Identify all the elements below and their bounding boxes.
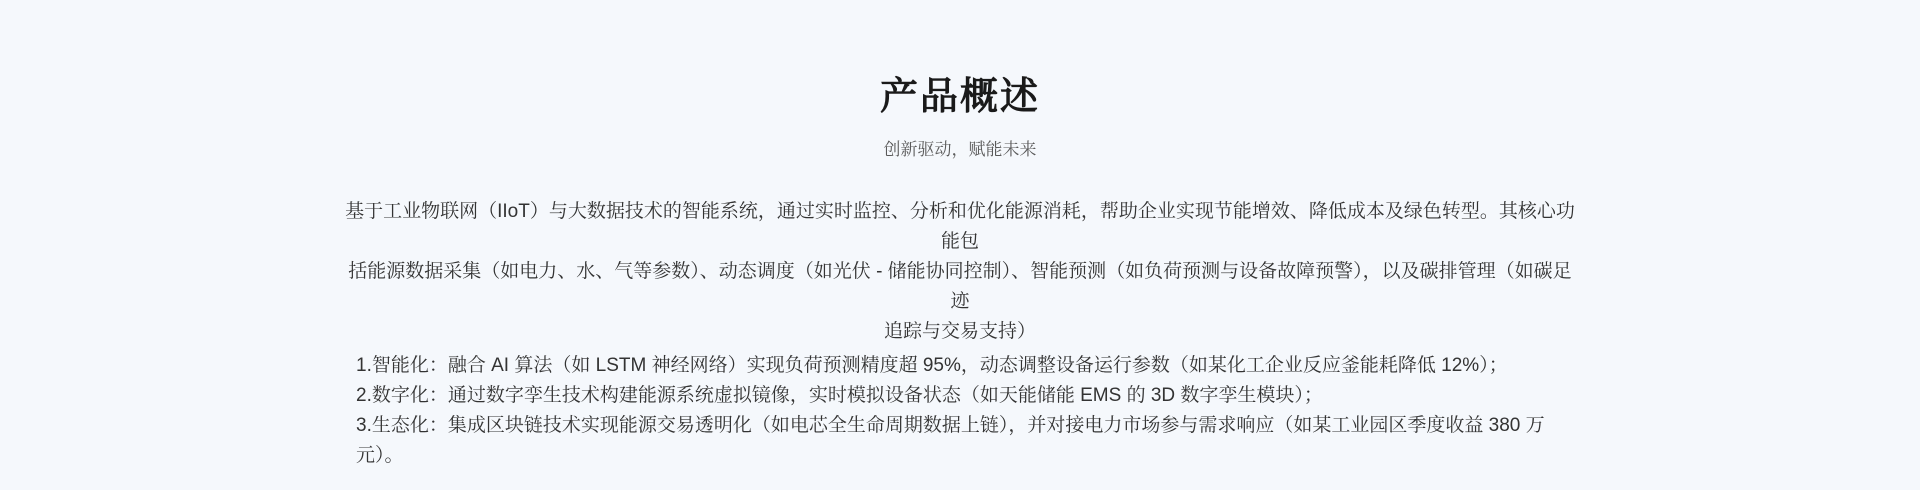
intro-paragraph-line: 基于工业物联网（IIoT）与大数据技术的智能系统，通过实时监控、分析和优化能源消… <box>340 197 1580 257</box>
feature-list: 1.智能化：融合 AI 算法（如 LSTM 神经网络）实现负荷预测精度超 95%… <box>340 351 1580 471</box>
intro-paragraph-line: 括能源数据采集（如电力、水、气等参数）、动态调度（如光伏 - 储能协同控制）、智… <box>340 257 1580 317</box>
intro-paragraph: 基于工业物联网（IIoT）与大数据技术的智能系统，通过实时监控、分析和优化能源消… <box>340 197 1580 347</box>
feature-item-ecosystem: 3.生态化：集成区块链技术实现能源交易透明化（如电芯全生命周期数据上链），并对接… <box>356 411 1580 471</box>
feature-item-digitalization: 2.数字化：通过数字孪生技术构建能源系统虚拟镜像，实时模拟设备状态（如天能储能 … <box>356 381 1580 411</box>
page-subtitle: 创新驱动，赋能未来 <box>340 137 1580 163</box>
intro-paragraph-line: 追踪与交易支持） <box>340 317 1580 347</box>
product-overview-section: 产品概述 创新驱动，赋能未来 基于工业物联网（IIoT）与大数据技术的智能系统，… <box>340 74 1580 471</box>
page-title: 产品概述 <box>340 74 1580 120</box>
feature-item-intelligence: 1.智能化：融合 AI 算法（如 LSTM 神经网络）实现负荷预测精度超 95%… <box>356 351 1580 381</box>
